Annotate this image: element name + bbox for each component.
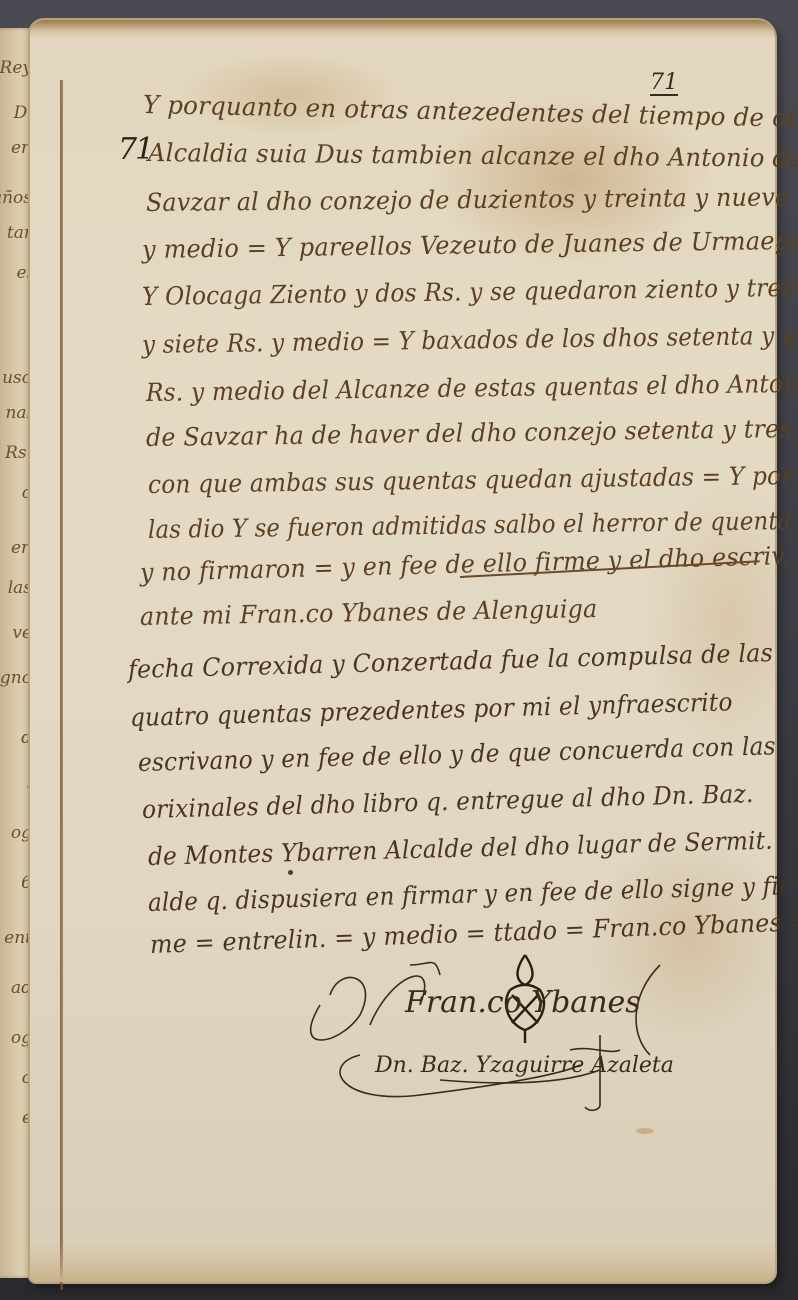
manuscript-line: Y Olocaga Ziento y dos Rs. y se quedaron… xyxy=(142,272,798,311)
left-page-fragment: Rs. xyxy=(5,443,32,463)
manuscript-line: las dio Y se fueron admitidas salbo el h… xyxy=(148,506,798,544)
left-page-fragment: en xyxy=(11,538,32,558)
manuscript-line: de Savzar ha de haver del dho conzejo se… xyxy=(146,413,798,452)
manuscript-line: Alcaldia suia Dus tambien alcanze el dho… xyxy=(148,138,798,173)
signature-secondary: Dn. Baz. Yzaguirre Azaleta xyxy=(375,1053,674,1078)
left-page-fragment: uso xyxy=(2,368,32,388)
manuscript-line: quatro quentas prezedentes por mi el ynf… xyxy=(130,687,733,732)
manuscript-line: y medio = Y pareellos Vezeuto de Juanes … xyxy=(142,226,798,264)
ink-spot xyxy=(288,870,293,875)
previous-page-edge: Rey D. en años tar el uso nal Rs. o en l… xyxy=(0,28,34,1278)
left-page-fragment: og xyxy=(11,1028,32,1048)
left-page-fragment: años xyxy=(0,188,32,208)
manuscript-line: ante mi Fran.co Ybanes de Alenguiga xyxy=(140,594,598,631)
left-page-fragment: egno xyxy=(0,668,32,688)
paper-stain xyxy=(636,1128,654,1134)
binding-gutter xyxy=(60,80,63,1290)
manuscript-line: fecha Correxida y Conzertada fue la comp… xyxy=(128,638,774,684)
signature-block: Fran.co Ybanes Dn. Baz. Yzaguirre Azalet… xyxy=(300,935,720,1115)
manuscript-line: y siete Rs. y medio = Y baxados de los d… xyxy=(142,320,798,359)
manuscript-line: con que ambas sus quentas quedan ajustad… xyxy=(148,460,798,499)
left-page-fragment: ad xyxy=(11,978,32,998)
manuscript-line: de Montes Ybarren Alcalde del dho lugar … xyxy=(148,826,774,871)
manuscript-line: Rs. y medio del Alcanze de estas quentas… xyxy=(146,369,798,407)
left-page-fragment: ent xyxy=(4,928,32,948)
left-page-fragment: og xyxy=(11,823,32,843)
folio-number-top: 71 xyxy=(650,72,678,96)
manuscript-line: Savzar al dho conzejo de duzientos y tre… xyxy=(146,182,798,217)
left-page-fragment: Rey xyxy=(0,58,32,78)
left-page-fragment: en xyxy=(11,138,32,158)
left-page-fragment: tar xyxy=(7,223,32,243)
manuscript-page: 71 71 Y porquanto en otras antezedentes … xyxy=(30,20,775,1282)
left-page-fragment: nal xyxy=(5,403,32,423)
manuscript-line: Y porquanto en otras antezedentes del ti… xyxy=(143,90,798,133)
manuscript-line: orixinales del dho libro q. entregue al … xyxy=(142,779,754,824)
signature-flourish-icon xyxy=(300,935,720,1115)
manuscript-line: escrivano y en fee de ello y de que conc… xyxy=(138,731,776,777)
left-page-fragment: las xyxy=(8,578,32,598)
signature-primary: Fran.co Ybanes xyxy=(405,985,641,1020)
